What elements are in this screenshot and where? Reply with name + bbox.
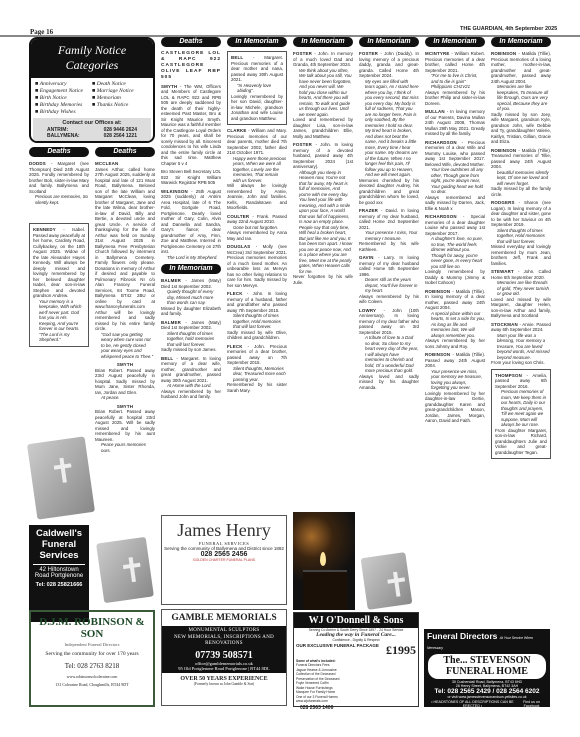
notice-bell: BELL - Margaret. Precious memories of a …: [227, 51, 287, 125]
james-henry-ad: James Henry FUNERAL SERVICES Serving the…: [161, 515, 287, 605]
notice-name: THOMPSON: [495, 373, 522, 378]
notice-name: MCINTYRE: [425, 51, 450, 56]
notice-dodds: DODDS - Margaret (nee Thompson) Died 24t…: [29, 161, 89, 205]
notice-verse: A daughter's love, so pure, so true, The…: [425, 236, 485, 269]
category-item: Marriage Notice: [92, 88, 149, 94]
column-memoriam-4: MCINTYRE - William Robert. Precious memo…: [425, 51, 485, 427]
notice-from: Missed everyday and lovingly remembered …: [491, 244, 551, 266]
notice-thompson: THOMPSON - Amelia, passed away 6th Septe…: [491, 369, 551, 460]
notice-name: WILKINSON: [161, 189, 188, 194]
notice-robinson: ROBINSON - Matilda (Tillie). Precious me…: [491, 51, 551, 145]
notice-verse: Quietly thought of every day, Missed muc…: [161, 289, 221, 306]
notice-rodgers: RODGERS - Sharon (nee Logan). In loving …: [491, 200, 551, 266]
notice-name: DOUGLAS: [227, 244, 250, 249]
notice-verse: Happy were those precious years, When we…: [227, 156, 287, 184]
notice-name: STEWART: [491, 269, 514, 274]
headstones-note: • HEADSTONES OF ALL DESCRIPTIONS CAN BE …: [428, 700, 517, 708]
notice-balmer: BALMER - James (Maty) Died 1st September…: [161, 320, 221, 353]
ad-phone: Tel: 028 2763 8218: [31, 662, 153, 670]
candle-flame-icon: [320, 552, 326, 566]
column-deaths-2: MCCLEANJames Arthur, called home 27th Au…: [95, 161, 155, 456]
notice-from: Always remembered by his wife Coleen.: [359, 294, 419, 305]
in-memoriam-header: In Memoriam: [359, 37, 419, 47]
category-item: Death Notice: [92, 81, 149, 87]
category-item: Birthday Memories: [35, 102, 92, 108]
notice-mcintyre: MCINTYRE - William Robert. Precious memo…: [425, 51, 485, 106]
notice-verse: Dearer still as the years depart, You'll…: [359, 277, 419, 294]
ad-name: James Henry: [162, 520, 286, 541]
notice-name: SMYTH: [161, 84, 177, 89]
column-memoriam-2: FOSTER - John. In memory of a much loved…: [293, 51, 353, 288]
category-item: Birth Notice: [35, 95, 92, 101]
notice-stewart: STEWART - John. Called Home 6th Septembe…: [491, 269, 551, 319]
notice-name: FLECK: [227, 344, 243, 349]
ad-name: WJ O'Donnell & Sons: [294, 613, 418, 628]
notice-verse: Silent thoughts of times together, Hold …: [227, 313, 287, 330]
categories-list: Anniversary Death Notice Engagement Noti…: [31, 78, 153, 115]
notice-smyth: SMYTHBrian Robert. Passed away peacefull…: [95, 404, 155, 454]
column-memoriam-1: BELL - Margaret. Precious memories of a …: [227, 51, 287, 396]
notice-wilkinson: WILKINSON - 25th August 2025 (suddenly) …: [161, 189, 221, 261]
notice-name: BELL: [231, 55, 243, 60]
contact-offices: Contact our Offices at: ANTRIM:028 9446 …: [33, 118, 151, 141]
notice-from: Lovingly remembered by her daughter-in-l…: [425, 391, 485, 424]
notice-name: KENNEDY: [33, 227, 56, 232]
notice-name: RICHARDSON: [425, 140, 457, 145]
notice-name: FOSTER: [293, 51, 312, 56]
notice-from: Remembered by his sister Sarah Mary.: [227, 382, 287, 393]
ad-name: FUNERAL HOME: [428, 667, 546, 678]
notice-text: Brian Robert. Passed away 23rd August pe…: [95, 368, 155, 395]
deaths-header: Deaths: [29, 147, 89, 157]
notice-name: MCCLEAN: [95, 161, 118, 166]
notice-clarke: CLARKE - William and Mary. Precious memo…: [227, 128, 287, 211]
notice-verse: Although you sleep in Heaven now, You're…: [293, 170, 353, 275]
office-ballymena: BALLYMENA:028 2564 1221: [39, 133, 145, 139]
notice-smyth: SMYTHBrian Robert. Passed away 23rd Augu…: [95, 362, 155, 401]
in-memoriam-header: In Memoriam: [227, 37, 287, 47]
notice-from: Always remembered by his brother Philip …: [425, 90, 485, 106]
ad-footer: • HEADSTONES OF ALL DESCRIPTIONS CAN BE …: [424, 699, 550, 709]
ad-website[interactable]: www.robinsonsofcoleraine.com: [31, 674, 153, 679]
notice-kennedy: KENNEDY - Isabel. Passed away peacefully…: [29, 223, 89, 347]
notice-from: Loved and missed by wife Margaret, daugh…: [491, 297, 551, 319]
ad-name: The... STEVENSON: [428, 656, 546, 667]
notice-from: Will always be lovingly remembered by An…: [227, 183, 287, 210]
facebook-icon[interactable]: Find us on Facebook: [517, 700, 546, 708]
ad-package: OUR EXCLUSIVE FUNERAL PACKAGE£1995: [294, 642, 418, 659]
ad-name: Caldwell's Funeral Services: [29, 529, 89, 562]
notice-verse: Memories are like keepsakes, To treasure…: [491, 84, 551, 112]
ad-address: 131 Coleraine Road, Cloughmills, BT44 9D…: [31, 682, 153, 687]
stevenson-funeral-home-ad: Funeral Directors At Your Service When N…: [424, 629, 550, 707]
notice-from: Remembered by his wife Kathleen.: [359, 241, 419, 252]
notice-richardson: RICHARDSON - Special memories of a dear …: [425, 214, 485, 286]
notice-from: Always remembered and sadly missed by Da…: [425, 195, 485, 211]
accept-note: We accept images of individuals in all o…: [31, 141, 153, 143]
notice-verse: Your memory is a keepsake, With which we…: [33, 299, 85, 343]
category-item: Anniversary: [35, 81, 92, 87]
ad-address: 95 Old Portglenone Road Portglenone | BT…: [164, 666, 284, 671]
notice-from: Missed by daughter Elizabeth and family.: [161, 306, 221, 317]
notice-name: MULLAN: [425, 109, 445, 114]
notice-bell: BELL - Margaret. In loving memory of a d…: [161, 356, 221, 400]
notice-text: Brian Robert. Passed away peacefully at …: [95, 409, 155, 442]
notice-foster: FOSTER - John (Daddy). In loving memory …: [359, 51, 419, 205]
notice-verse: My eyes are filled with tears again, As …: [359, 79, 419, 178]
notice-from: Loved and remembered by daughter Lisa, s…: [293, 117, 353, 139]
ad-tagline: Serving the community for over 170 years: [31, 651, 153, 657]
notice-mcclean: MCCLEANJames Arthur, called home 27th Au…: [95, 161, 155, 359]
notice-verse: "For me to live is Christ, and to die is…: [425, 73, 485, 90]
office-name: BALLYMENA:: [47, 133, 80, 139]
djm-robinson-ad: D.J.M. ROBINSON & SON Independent Funera…: [29, 610, 155, 707]
ad-header: Funeral Directors At Your Service When N…: [424, 629, 550, 653]
in-memoriam-header: In Memoriam: [161, 264, 221, 274]
notice-smyth-castlegore: SMYTH - The WM, Officers and Members of …: [161, 84, 221, 167]
notice-verse: A special place within our hearts, Is se…: [425, 311, 485, 339]
in-memoriam-header: In Memoriam: [491, 37, 551, 47]
notice-signature: Bro Steven Bell Secretary LOL 922 Sir Kn…: [161, 169, 221, 186]
castlegore-heading: CASTLEGORE LOL & RAPC 922 CASTLEGORE OLI…: [161, 51, 221, 81]
notice-from: Sadly missed by son James.: [161, 347, 217, 352]
deaths-header: Deaths: [95, 147, 155, 157]
notice-fleck: FLECK - John. In loving memory of a husb…: [227, 291, 287, 341]
caldwell-funeral-ad: Caldwell's Funeral Services 42 Hiltonsto…: [29, 525, 89, 622]
notice-name: FLECK: [227, 291, 243, 296]
candle-body: [303, 570, 347, 610]
bible-icon: [361, 552, 413, 610]
notice-verse: Peace yours memories ours.: [95, 442, 155, 453]
column-memoriam-5: ROBINSON - Matilda (Tillie). Precious me…: [491, 51, 551, 459]
ad-website[interactable]: www.wjofunerals.com: [296, 699, 418, 703]
notice-verse: Your presence I miss, Your memory I trea…: [359, 230, 419, 241]
ad-formerly: (Formerly known as John Gamble & Son): [162, 682, 286, 686]
notice-text: - The WM, Officers and Members of Castle…: [161, 84, 221, 166]
office-phone: 028 2564 1221: [104, 133, 137, 139]
notice-name: BALMER: [161, 278, 181, 283]
in-memoriam-header: In Memoriam: [293, 37, 353, 47]
notice-robinson: ROBINSON - Matilda (Tillie). Passed away…: [425, 352, 485, 424]
notice-text: - Matilda (Tillie). Precious memories of…: [491, 51, 551, 84]
ad-phone: 07739 508571: [164, 650, 284, 661]
notice-from: Always remembered by her sons Johnny and…: [425, 338, 485, 349]
notice-from: Memories cherished by his devoted daught…: [359, 178, 419, 205]
package-includes: Some of what's included: Funeral Directo…: [294, 659, 418, 703]
notice-foster: FOSTER - John. In memory of a much loved…: [293, 51, 353, 139]
wj-odonnell-ad: WJ O'Donnell & Sons Serving Co Antrim & …: [293, 612, 419, 707]
notice-douglas: DOUGLAS - Molly (nee McCrea) 3rd Septemb…: [227, 244, 287, 288]
notice-name: ROBINSON: [491, 148, 516, 153]
notice-verse: Your love outshines all any other, Thoug…: [425, 167, 485, 195]
notice-name: CLARKE: [227, 128, 247, 133]
notice-from: From daughter Margaret, son-in-law Richa…: [495, 428, 547, 455]
notice-verse: Your presence we miss, your memory we tr…: [425, 369, 485, 391]
ad-name-pill: The... STEVENSONFUNERAL HOME: [428, 654, 546, 679]
notice-from: Sadly missed by son Joey, wife Margaret,…: [491, 112, 551, 145]
in-memoriam-header: In Memoriam: [425, 37, 485, 47]
category-item: Memoriam: [92, 95, 149, 101]
notice-verse: "God saw you getting weary when cure was…: [95, 332, 155, 360]
notice-verse: Silent thoughts of times together, Hold …: [491, 228, 551, 245]
notice-name: RICHARDSON: [425, 214, 457, 219]
notice-verse: A tribute of love to a Dad so dear, So c…: [359, 335, 419, 374]
ad-address: 42 Hiltonstown Road Portglenone: [33, 564, 85, 579]
notice-fleck: FLECK - John. Precious memories of a dea…: [227, 344, 287, 394]
ad-phone: 028 2563 1406: [294, 705, 418, 711]
package-label: OUR EXCLUSIVE FUNERAL PACKAGE: [296, 643, 379, 658]
notice-from: Lovingly remembered by Daddy & Mummy (Ji…: [425, 269, 485, 285]
notice-robinson: ROBINSON - Matilda (Tillie). In loving m…: [425, 289, 485, 350]
notice-robinson: ROBINSON - Matilda (Tillie). Treasured m…: [491, 148, 551, 198]
notice-frazer: FRAZER - David. In loving memory of my d…: [359, 208, 419, 252]
notice-name: DODDS: [29, 161, 46, 166]
category-item: Engagement Notice: [35, 88, 92, 94]
notice-name: FRAZER: [359, 208, 378, 213]
golden-charter-badge: GOLDEN CHARTER FUNERAL PLANS: [162, 558, 286, 562]
column-deaths-1: DODDS - Margaret (nee Thompson) Died 24t…: [29, 161, 89, 347]
notice-richardson: RICHARDSON - Precious memories of a dear…: [425, 140, 485, 212]
notice-text: James Arthur, called home 27th August 20…: [95, 167, 155, 332]
masthead: THE GUARDIAN, 4th September 2025: [460, 26, 557, 32]
notice-name: RODGERS: [491, 200, 515, 205]
notice-name: ROBINSON: [425, 289, 450, 294]
notice-text: - Margaret (nee Thompson) Died 24th Augu…: [29, 161, 89, 194]
notice-categories-box: Family Notice Categories Anniversary Dea…: [29, 37, 155, 143]
notice-verse: Silent thoughts of times together, hold …: [161, 331, 221, 348]
column-deaths-3: CASTLEGORE LOL & RAPC 922 CASTLEGORE OLI…: [161, 51, 221, 403]
notice-from: Never forgotten by his wife Julie.: [293, 274, 353, 285]
ad-name: GAMBLE MEMORIALS: [162, 610, 286, 626]
notice-verse: Memories are like threads of gold, They …: [491, 280, 551, 297]
notice-name: BALMER: [161, 320, 181, 325]
candle-image: [293, 512, 355, 610]
notice-verse: Silent thoughts, Memories dear, Treasure…: [227, 366, 287, 383]
notice-from: From your loving son Chris.: [491, 360, 545, 365]
notice-name: ROBINSON: [491, 51, 516, 56]
ad-phone: Tel: 028 25821666: [29, 582, 89, 588]
notice-verse: Precious memories of mum, We keep them i…: [495, 389, 547, 428]
notice-coulter: COULTER - Frank. Passed away 22nd August…: [227, 214, 287, 242]
notice-mullan: MULLAN - In loving memory of our Parents…: [425, 109, 485, 137]
gamble-memorials-ad: GAMBLE MEMORIALS MONUMENTAL SCULPTORS NE…: [161, 609, 287, 706]
categories-title: Family Notice Categories: [31, 39, 153, 78]
notice-from: Always loved and sadly missed by his dau…: [359, 374, 419, 390]
notice-name: COULTER: [227, 214, 249, 219]
ad-subtitle: Independent Funeral Directors: [31, 642, 153, 647]
notice-from: Always remembered by her husband John an…: [161, 389, 221, 400]
ad-name: D.J.M. ROBINSON & SON: [31, 616, 153, 640]
ad-line: NEW MEMORIALS, INSCRIPTIONS AND RENOVATI…: [164, 635, 284, 648]
ad-phone: 028 2565 2456: [162, 551, 286, 558]
notice-gavin: GAVIN - Larry. In loving memory of my de…: [359, 255, 419, 305]
notice-balmer: BALMER - James (Maty) Died 1st September…: [161, 278, 221, 317]
notice-text: - 25th August 2025 (suddenly) at Antrim …: [161, 189, 221, 255]
notice-name: ROBINSON: [425, 352, 450, 357]
notice-verse: At peace.: [95, 395, 155, 401]
notice-verse: We think about you often, We talk about …: [293, 68, 353, 118]
notice-verse: Precious are memories, So silently kept.: [29, 194, 89, 205]
notice-foster: FOSTER - John. In loving memory of a dev…: [293, 142, 353, 285]
notice-name: FOSTER: [293, 142, 312, 147]
ad-header-title: Funeral Directors: [427, 631, 497, 641]
notice-lowry: LOWRY - John (10th Anniversary). In lovi…: [359, 308, 419, 391]
notice-verse: beautiful memories silently kept, Of one…: [491, 170, 551, 187]
package-price: £1995: [386, 643, 416, 658]
column-memoriam-3: FOSTER - John (Daddy). In loving memory …: [359, 51, 419, 393]
notice-name: BELL: [161, 356, 173, 361]
contact-heading: Contact our Offices at:: [39, 120, 145, 126]
bible-icon: [96, 537, 154, 603]
notice-name: GAVIN: [359, 255, 374, 260]
notice-stockman: STOCKMAN - Annie. Passed away 6th Septem…: [491, 322, 551, 366]
category-item: Birthday Wishes: [35, 109, 92, 115]
notice-verse: "In Heavenly love abiding".: [231, 83, 283, 94]
ad-dark-panel: MONUMENTAL SCULPTORS NEW MEMORIALS, INSC…: [162, 626, 286, 673]
notice-name: LOWRY: [359, 308, 376, 313]
notice-from: Lovingly remembered by her son David, da…: [231, 94, 283, 121]
ad-experience: OVER 50 YEARS EXPERIENCE: [162, 676, 286, 682]
notice-from: Always remembered by Anna May and Ian.: [227, 230, 287, 241]
notice-text: - Isabel. Passed away peacefully at her …: [33, 227, 85, 298]
notice-verse: The Lord is My Shepherd.: [161, 255, 221, 261]
notice-from: Sadly missed by wife Olive, children and…: [227, 330, 287, 341]
bible-icon: [27, 436, 95, 519]
notice-from: Sadly missed by all the family circle.: [491, 186, 551, 197]
deaths-header: Deaths: [161, 37, 221, 47]
category-item: Thanks Notice: [92, 102, 149, 108]
notice-verse: Mum your life was a blessing, Your memor…: [491, 333, 551, 361]
notice-name: STOCKMAN: [491, 322, 518, 327]
notice-name: FOSTER: [359, 51, 378, 56]
ad-phone: Tel: 028 2565 2429 / 028 2564 6202: [424, 688, 550, 695]
